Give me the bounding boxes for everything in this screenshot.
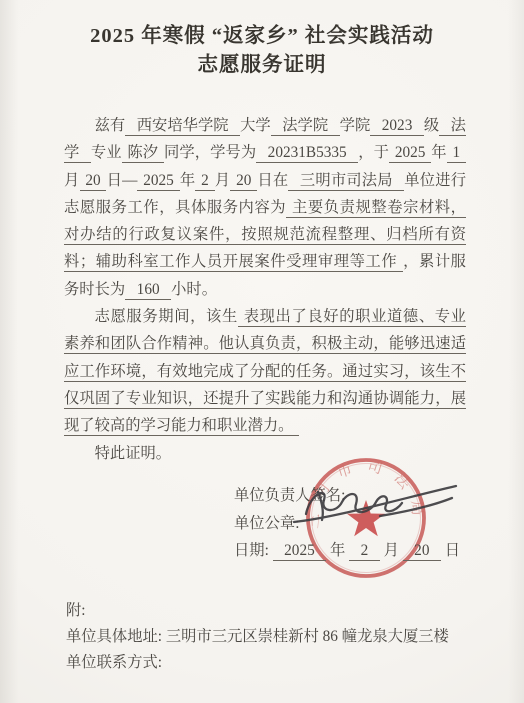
form-text: 兹有 [95, 117, 126, 134]
filled-blank: 20 [80, 172, 107, 191]
form-text: 月 [380, 542, 403, 559]
form-text: 小时。 [171, 281, 217, 298]
form-text: ，于 [358, 144, 389, 161]
form-text: 年 [180, 172, 196, 189]
filled-blank: 陈汐 [122, 144, 164, 163]
form-text: 年 [326, 542, 349, 559]
handwritten-signature [284, 472, 464, 534]
form-text: 月 [215, 172, 231, 189]
form-text: 月 [64, 172, 80, 189]
filled-blank: 法学院 [271, 117, 340, 136]
form-text: 日 [441, 542, 460, 559]
filled-blank: 2 [195, 172, 214, 191]
form-text: 级 [424, 117, 439, 134]
body-paragraph-1: 兹有西安培华学院大学法学院学院2023级法学专业陈汐同学，学号为20231B53… [64, 112, 466, 303]
appendix-block: 附: 单位具体地址: 三明市三元区崇桂新村 86 幢龙泉大厦三楼 单位联系方式: [66, 598, 449, 676]
form-text: 学院 [340, 117, 371, 134]
certificate-title: 2025 年寒假 “返家乡” 社会实践活动 志愿服务证明 [0, 22, 524, 80]
form-text: 日— [106, 172, 137, 189]
form-text: 日在 [257, 172, 288, 189]
certificate-title-line2: 志愿服务证明 [0, 51, 524, 80]
filled-blank: 表现出了良好的职业道德、专业素养和团队合作精神。他认真负责，积极主动，能够迅速适… [64, 308, 466, 436]
filled-blank: 2023 [370, 117, 424, 136]
form-text: 日期: [234, 542, 273, 559]
body-paragraph-2: 志愿服务期间，该生表现出了良好的职业道德、专业素养和团队合作精神。他认真负责，积… [64, 303, 466, 439]
date-line: 日期: 2025 年 2 月 20 日 [234, 537, 460, 565]
filled-blank: 2 [349, 542, 380, 561]
filled-blank: 西安培华学院 [125, 117, 240, 136]
filled-blank: 三明市司法局 [288, 172, 404, 191]
filled-blank: 20 [230, 172, 257, 191]
filled-blank: 160 [125, 281, 171, 300]
filled-blank: 2025 [273, 542, 327, 561]
form-text: 大学 [240, 117, 271, 134]
form-text: 同学，学号为 [164, 144, 256, 161]
filled-blank: 20231B5335 [256, 144, 358, 163]
filled-blank: 20 [403, 542, 441, 561]
filled-blank: 1 [447, 144, 466, 163]
unit-address-line: 单位具体地址: 三明市三元区崇桂新村 86 幢龙泉大厦三楼 [66, 624, 449, 650]
unit-contact-line: 单位联系方式: [66, 650, 449, 676]
form-text: 年 [431, 144, 446, 161]
form-text: 志愿服务期间，该生 [95, 308, 238, 325]
appendix-label: 附: [66, 598, 449, 624]
certificate-document-photo: 2025 年寒假 “返家乡” 社会实践活动 志愿服务证明 兹有西安培华学院大学法… [0, 0, 524, 703]
certificate-body: 兹有西安培华学院大学法学院学院2023级法学专业陈汐同学，学号为20231B53… [64, 112, 466, 467]
certificate-title-line1: 2025 年寒假 “返家乡” 社会实践活动 [0, 22, 524, 51]
filled-blank: 2025 [389, 144, 431, 163]
filled-blank: 2025 [137, 172, 179, 191]
form-text: 专业 [91, 144, 122, 161]
